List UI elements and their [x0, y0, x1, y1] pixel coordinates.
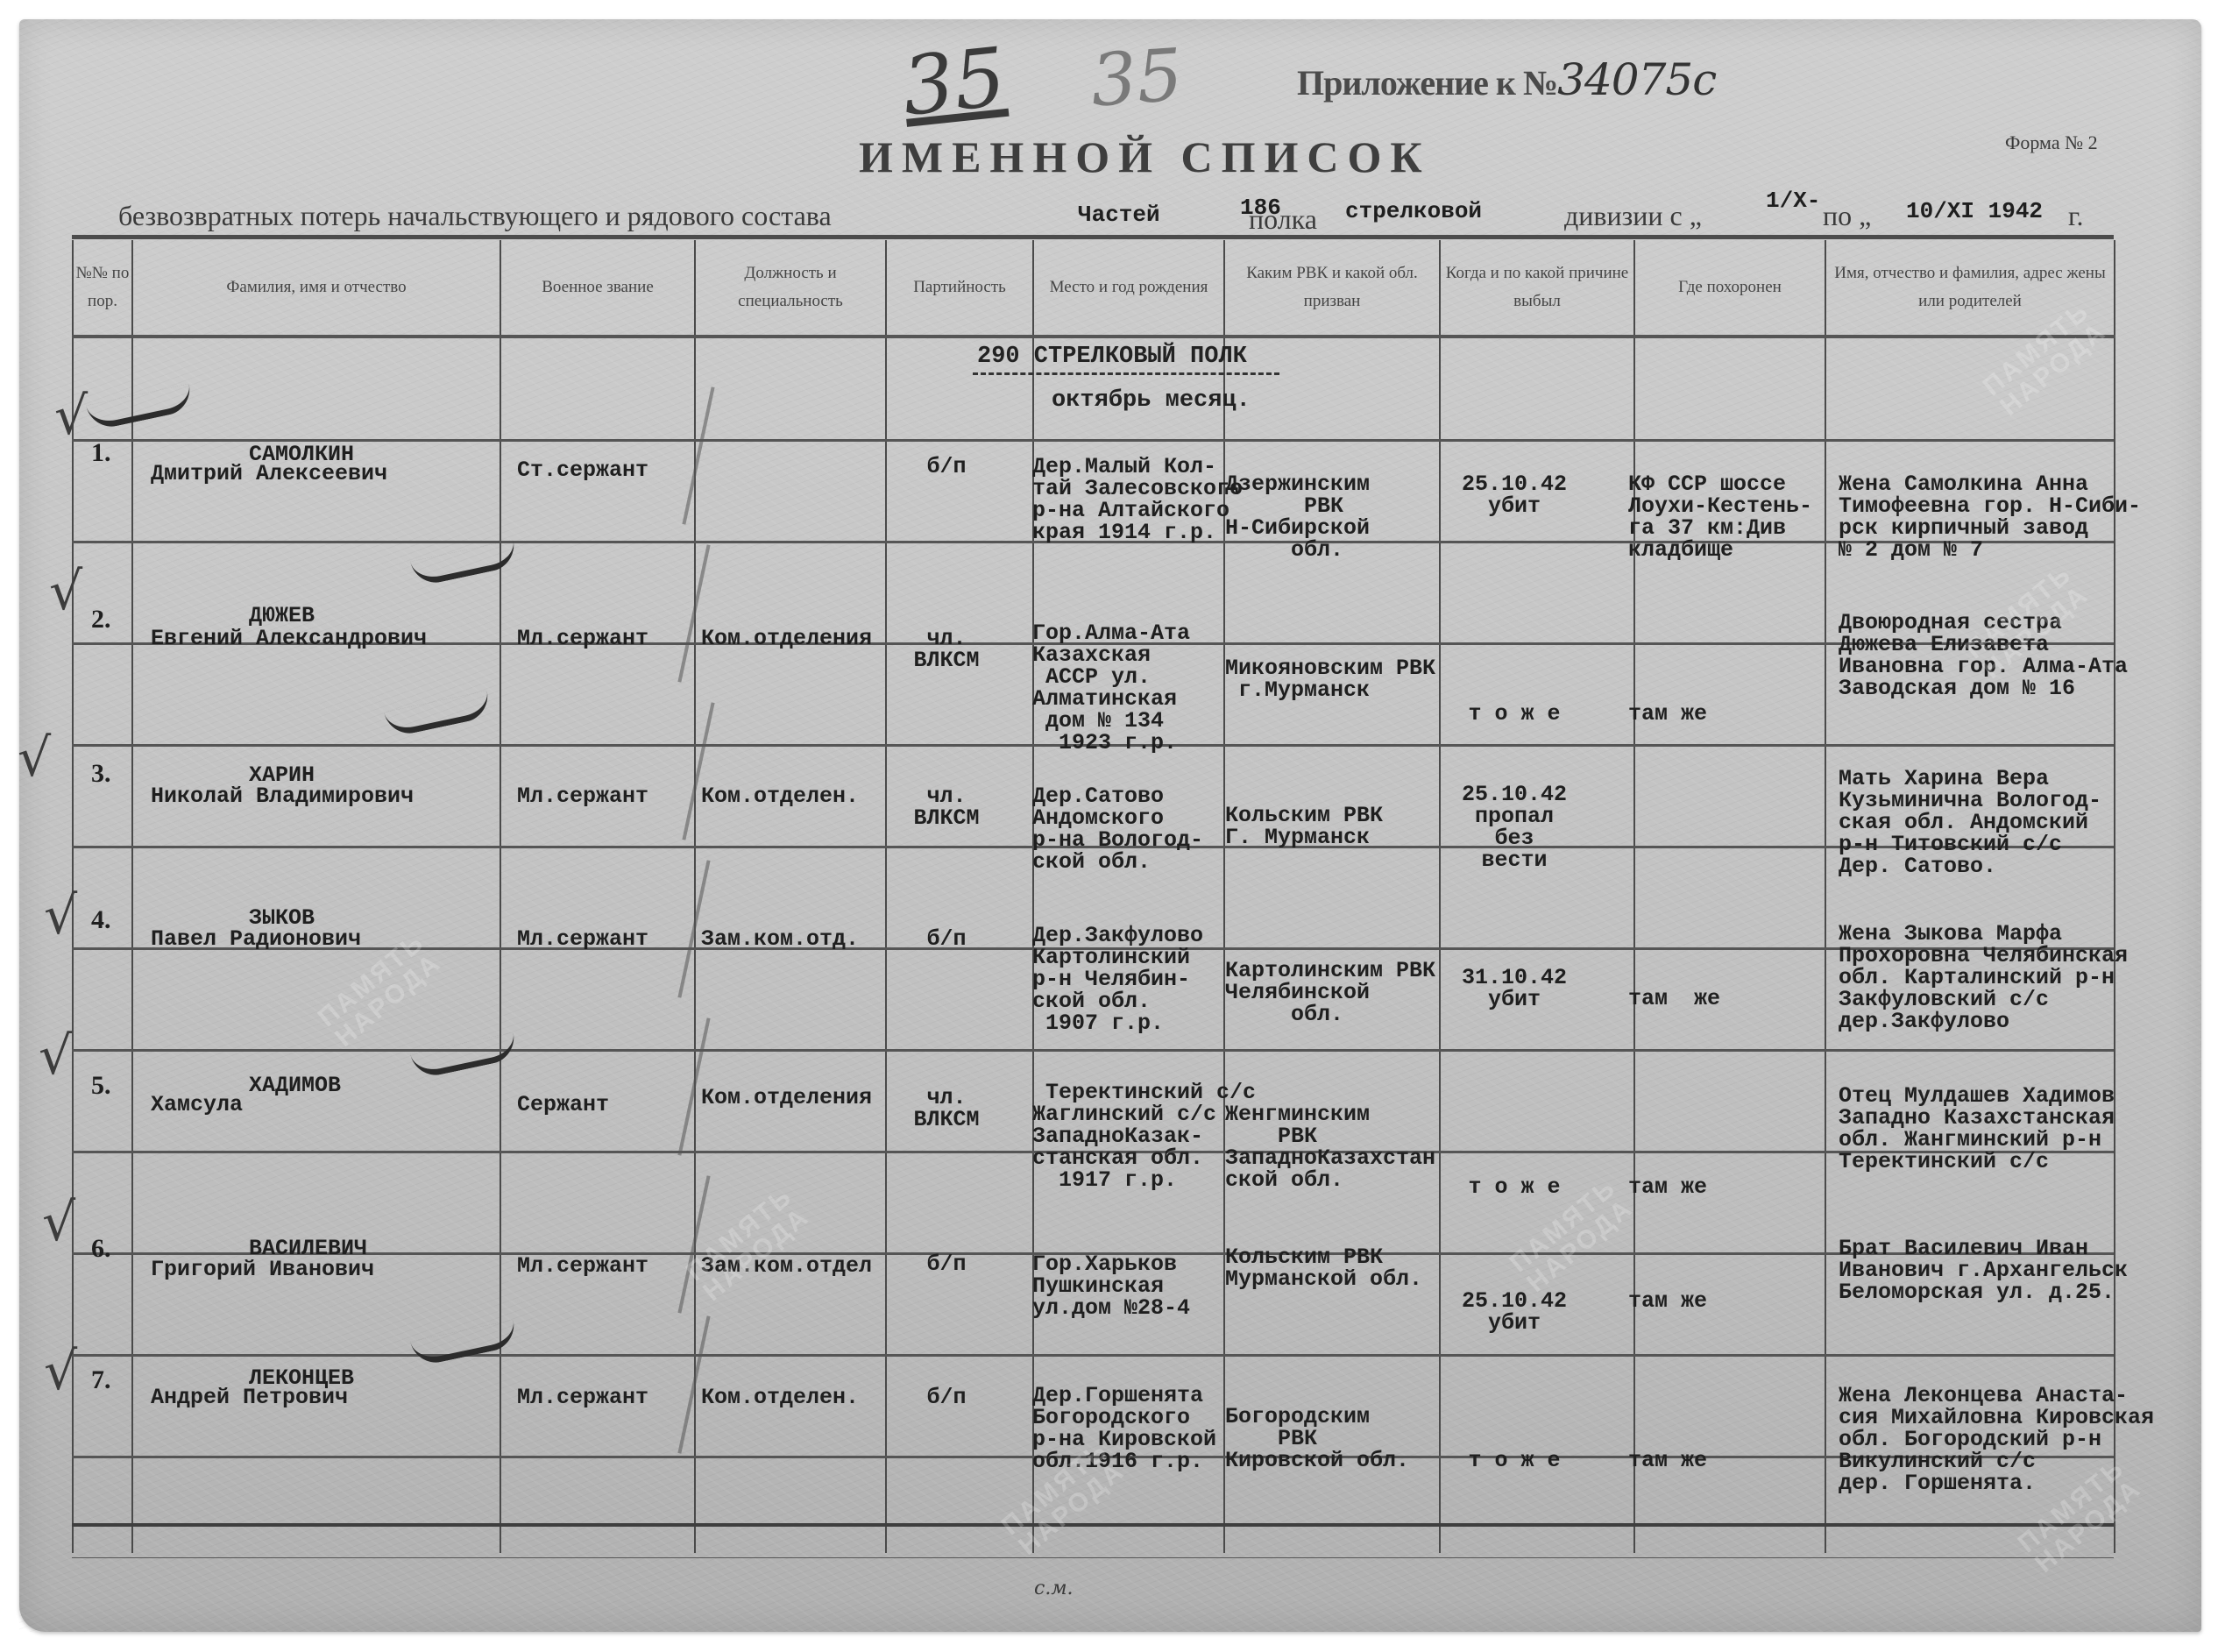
appendix-reference: Приложение к №34075с — [1297, 54, 1716, 105]
row-number: 5. — [91, 1074, 111, 1096]
row-given-name: Григорий Иванович — [151, 1258, 374, 1280]
row-rvk: Женгминским РВК ЗападноКазахстан ской об… — [1225, 1081, 1435, 1191]
handwritten-page-number-faded: 35 — [1088, 33, 1186, 123]
row-given-name: Павел Радионович — [151, 928, 361, 950]
row-kin: Жена Самолкина Анна Тимофеевна гор. Н-Си… — [1839, 473, 2141, 561]
row-buried: КФ ССР шоссе Лоухи-Кестень- га 37 км:Див… — [1628, 473, 1812, 561]
row-when: 31.10.42 убит — [1444, 967, 1584, 1010]
pencil-check-mark: √ — [44, 885, 77, 947]
row-rvk: Микояновским РВК г.Мурманск — [1225, 657, 1435, 701]
form-number: Форма № 2 — [2005, 131, 2098, 154]
date-to: 10/XI 1942 — [1906, 198, 2043, 224]
row-buried: там же — [1628, 703, 1707, 725]
col-header-birth: Место и год рождения — [1033, 240, 1224, 337]
row-kin: Жена Зыкова Марфа Прохоровна Челябинская… — [1839, 923, 2128, 1032]
row-party: б/п — [894, 1386, 999, 1408]
row-number: 3. — [91, 762, 111, 784]
row-given-name: Евгений Александрович — [151, 627, 427, 649]
subtitle-prefix: безвозвратных потерь начальствующего и р… — [118, 200, 832, 232]
pencil-check-mark: √ — [18, 727, 51, 789]
row-when: т о ж е — [1444, 1450, 1584, 1471]
row-party: б/п — [894, 456, 999, 478]
bottom-rule — [72, 1523, 2114, 1527]
row-given-name: Хамсула — [151, 1094, 243, 1116]
pencil-check-mark: √ — [39, 1025, 72, 1087]
row-surname: ХАДИМОВ — [249, 1074, 341, 1096]
col-header-rank: Военное звание — [500, 240, 695, 337]
row-rvk: Картолинским РВК Челябинской обл. — [1225, 960, 1435, 1025]
col-header-name: Фамилия, имя и отчество — [132, 240, 500, 337]
row-buried: там же — [1628, 1290, 1707, 1312]
row-position: Ком.отделения — [701, 1087, 872, 1109]
header-rule — [72, 235, 2114, 239]
casualty-table: №№ по пор. Фамилия, имя и отчество Военн… — [72, 240, 2115, 1553]
row-rank: Ст.сержант — [517, 459, 648, 481]
date-from: 1/X- — [1766, 188, 1820, 214]
table-header-row: №№ по пор. Фамилия, имя и отчество Военн… — [73, 240, 2115, 337]
pencil-check-mark: √ — [44, 1341, 77, 1402]
row-number: 6. — [91, 1237, 111, 1259]
row-number: 1. — [91, 442, 111, 464]
to-label: по „ — [1823, 200, 1871, 232]
units-label: Частей — [1078, 202, 1160, 228]
row-number: 4. — [91, 909, 111, 931]
row-party: чл. ВЛКСМ — [894, 1087, 999, 1131]
row-when: 25.10.42 убит — [1444, 1290, 1584, 1334]
row-rvk: Кольским РВК Г. Мурманск — [1225, 805, 1383, 848]
row-birth: Дер.Сатово Андомского р-на Вологод- ской… — [1032, 785, 1203, 873]
col-header-position: Должность и специальность — [695, 240, 886, 337]
row-rvk: Богородским РВК Кировской обл. — [1225, 1406, 1409, 1471]
row-rank: Мл.сержант — [517, 1386, 648, 1408]
col-header-when: Когда и по какой причине выбыл — [1440, 240, 1634, 337]
row-when: т о ж е — [1444, 703, 1584, 725]
row-given-name: Дмитрий Алексеевич — [151, 463, 387, 485]
col-header-number: №№ по пор. — [73, 240, 132, 337]
division-label: дивизии с „ — [1564, 200, 1702, 232]
row-rvk: Кольским РВК Мурманской обл. — [1225, 1246, 1422, 1290]
col-header-buried: Где похоронен — [1634, 240, 1825, 337]
row-kin: Мать Харина Вера Кузьминична Вологод- ск… — [1839, 768, 2101, 877]
col-header-party: Партийность — [886, 240, 1033, 337]
row-position: Ком.отделен. — [701, 785, 859, 807]
row-given-name: Андрей Петрович — [151, 1386, 348, 1408]
row-party: б/п — [894, 1253, 999, 1275]
row-rank: Мл.сержант — [517, 627, 648, 649]
handwritten-page-number: 35 — [898, 30, 1010, 134]
row-number: 7. — [91, 1369, 111, 1391]
row-birth: Дер.Малый Кол- тай Залесовского р-на Алт… — [1032, 456, 1243, 543]
section-title: 290 СТРЕЛКОВЫЙ ПОЛК — [977, 344, 1247, 370]
bottom-pencil-mark: с.м. — [1034, 1578, 1074, 1599]
row-buried: там же — [1628, 1176, 1707, 1198]
row-party: б/п — [894, 928, 999, 950]
row-number: 2. — [91, 608, 111, 630]
row-buried: там же — [1628, 988, 1720, 1010]
appendix-number: 34075с — [1557, 54, 1716, 105]
row-party: чл. ВЛКСМ — [894, 627, 999, 671]
row-birth: Дер.Горшенята Богородского р-на Кировско… — [1032, 1385, 1216, 1472]
row-rank: Мл.сержант — [517, 1255, 648, 1277]
row-birth: Гор.Алма-Ата Казахская АССР ул. Алматинс… — [1032, 622, 1190, 754]
row-when: 25.10.42 пропал без вести — [1444, 783, 1584, 871]
section-month: октябрь месяц. — [1052, 387, 1251, 414]
document-title: ИМЕННОЙ СПИСОК — [859, 131, 1431, 182]
pencil-check-mark: √ — [42, 1192, 75, 1253]
row-rank: Мл.сержант — [517, 928, 648, 950]
row-surname: ДЮЖЕВ — [249, 605, 315, 627]
row-rvk: Дзержинским РВК Н-Сибирской обл. — [1225, 473, 1370, 561]
pencil-check-mark: √ — [54, 386, 88, 447]
row-position: Зам.ком.отд. — [701, 928, 859, 950]
row-given-name: Николай Владимирович — [151, 785, 414, 807]
col-header-rvk: Каким РВК и какой обл. призван — [1224, 240, 1440, 337]
row-position: Ком.отделения — [701, 627, 872, 649]
year-suffix: г. — [2068, 200, 2084, 232]
row-party: чл. ВЛКСМ — [894, 785, 999, 829]
row-position: Ком.отделен. — [701, 1386, 859, 1408]
row-birth: Теректинский с/с Жаглинский с/с ЗападноК… — [1032, 1081, 1256, 1191]
row-rank: Мл.сержант — [517, 785, 648, 807]
row-buried: там же — [1628, 1450, 1707, 1471]
row-rank: Сержант — [517, 1094, 609, 1116]
section-underline — [973, 372, 1279, 375]
row-birth: Дер.Закфулово Картолинский р-н Челябин- … — [1032, 925, 1203, 1034]
row-kin: Отец Мулдашев Хадимов Западно Казахстанс… — [1839, 1085, 2115, 1173]
division-type: стрелковой — [1345, 198, 1482, 224]
appendix-label: Приложение к № — [1297, 63, 1557, 103]
row-when: т о ж е — [1444, 1176, 1584, 1198]
row-when: 25.10.42 убит — [1444, 473, 1584, 517]
row-birth: Гор.Харьков Пушкинская ул.дом №28-4 — [1032, 1253, 1190, 1319]
row-kin: Брат Василевич Иван Иванович г.Архангель… — [1839, 1237, 2128, 1303]
pencil-check-mark: √ — [49, 561, 82, 622]
regiment-word: полка — [1249, 203, 1317, 236]
